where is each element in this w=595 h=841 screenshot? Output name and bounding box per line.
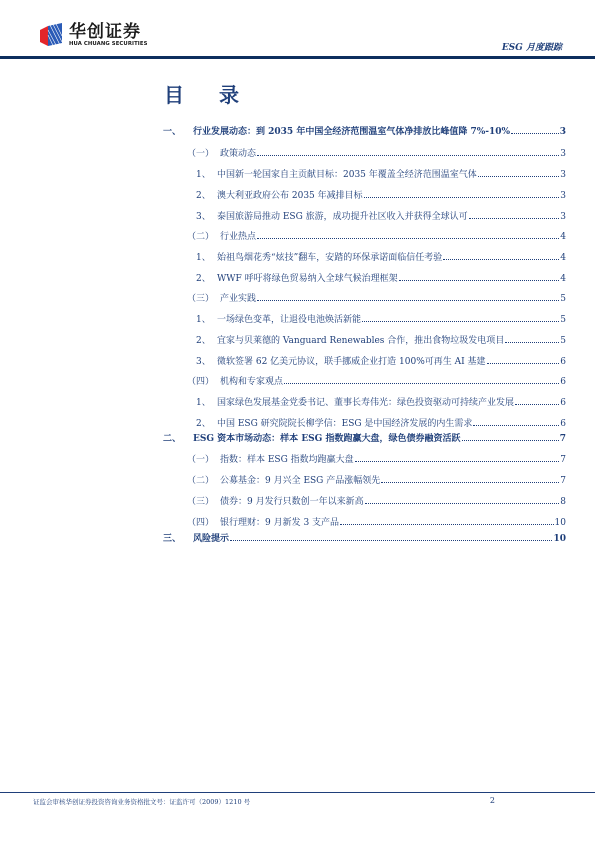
toc-entry-label[interactable]: 中国新一轮国家自主贡献目标：2035 年覆盖全经济范围温室气体	[217, 169, 477, 181]
toc-entry-page[interactable]: 7	[560, 475, 566, 487]
toc-entry[interactable]: 2、宜家与贝莱德的 Vanguard Renewables 合作，推出食物垃圾发…	[196, 334, 566, 347]
logo-cube-icon	[38, 22, 64, 48]
toc-entry-number: （三）	[187, 496, 220, 508]
toc-entry-label[interactable]: 澳大利亚政府公布 2035 年减排目标	[217, 190, 363, 202]
toc-entry-label[interactable]: 始祖鸟烟花秀“炫技”翻车，安踏的环保承诺面临信任考验	[217, 252, 442, 264]
toc-entry-number: 1、	[196, 314, 217, 326]
toc-entry[interactable]: 2、WWF 呼吁将绿色贸易纳入全球气候治理框架4	[196, 272, 566, 285]
toc-entry[interactable]: 1、国家绿色发展基金党委书记、董事长寿伟光：绿色投资驱动可持续产业发展6	[196, 396, 566, 409]
toc-entry-label[interactable]: 风险提示	[193, 533, 229, 545]
toc-entry[interactable]: 3、泰国旅游局推动 ESG 旅游，成功提升社区收入并获得全球认可3	[196, 210, 566, 223]
toc-entry-page[interactable]: 4	[560, 252, 566, 264]
logo-chinese-name: 华创证券	[69, 23, 148, 41]
toc-entry-page[interactable]: 5	[560, 293, 566, 305]
toc-leader-dots	[381, 474, 559, 483]
toc-entry-number: （四）	[187, 376, 220, 388]
toc-entry-number: 2、	[196, 273, 217, 285]
toc-entry-number: 3、	[196, 211, 217, 223]
toc-entry-number: （一）	[187, 148, 220, 160]
toc-entry-number: 一、	[163, 126, 193, 138]
footer-license-text: 证监会审核华创证券投资咨询业务资格批文号：证监许可（2009）1210 号	[33, 797, 250, 806]
toc-entry[interactable]: （二）公募基金：9 月兴全 ESG 产品涨幅领先7	[187, 474, 566, 487]
toc-entry-page[interactable]: 3	[560, 211, 566, 223]
toc-leader-dots	[257, 147, 559, 156]
toc-entry-label[interactable]: 中国 ESG 研究院院长柳学信：ESG 是中国经济发展的内生需求	[217, 418, 472, 430]
toc-entry-page[interactable]: 6	[560, 376, 566, 388]
toc-entry-page[interactable]: 5	[560, 335, 566, 347]
toc-entry[interactable]: 2、中国 ESG 研究院院长柳学信：ESG 是中国经济发展的内生需求6	[196, 417, 566, 430]
toc-title: 目 录	[164, 79, 253, 108]
toc-entry-number: 1、	[196, 397, 217, 409]
toc-entry-label[interactable]: 机构和专家观点	[220, 376, 283, 388]
toc-entry[interactable]: （四）机构和专家观点6	[187, 375, 566, 388]
toc-entry-page[interactable]: 10	[553, 533, 566, 545]
toc-entry[interactable]: 1、中国新一轮国家自主贡献目标：2035 年覆盖全经济范围温室气体3	[196, 168, 566, 181]
toc-entry[interactable]: 1、一场绿色变革，让退役电池焕活新能5	[196, 313, 566, 326]
toc-leader-dots	[355, 453, 560, 462]
toc-entry-number: 二、	[163, 433, 193, 445]
toc-leader-dots	[462, 432, 559, 441]
toc-entry-number: （四）	[187, 517, 220, 529]
toc-entry-page[interactable]: 8	[560, 496, 566, 508]
toc-entry-page[interactable]: 6	[560, 418, 566, 430]
toc-entry-page[interactable]: 6	[560, 397, 566, 409]
toc-entry-label[interactable]: 产业实践	[220, 293, 256, 305]
toc-entry-page[interactable]: 3	[560, 148, 566, 160]
toc-entry-page[interactable]: 3	[560, 169, 566, 181]
toc-entry-page[interactable]: 4	[560, 231, 566, 243]
toc-entry-number: 2、	[196, 335, 217, 347]
toc-entry-label[interactable]: 行业热点	[220, 231, 256, 243]
company-logo: 华创证券 HUA CHUANG SECURITIES	[38, 21, 148, 49]
toc-entry[interactable]: （三）债券：9 月发行只数创一年以来新高8	[187, 495, 566, 508]
toc-leader-dots	[362, 313, 559, 322]
toc-entry[interactable]: 二、ESG 资本市场动态：样本 ESG 指数跑赢大盘，绿色债券融资活跃7	[163, 432, 566, 445]
toc-entry-number: 3、	[196, 356, 217, 368]
toc-leader-dots	[443, 251, 559, 260]
toc-entry-number: 1、	[196, 252, 217, 264]
toc-leader-dots	[257, 292, 559, 301]
toc-leader-dots	[511, 125, 559, 134]
page-number: 2	[490, 796, 495, 805]
page-header: 华创证券 HUA CHUANG SECURITIES ESG 月度跟踪	[0, 0, 595, 60]
toc-entry-number: 1、	[196, 169, 217, 181]
toc-entry-label[interactable]: 微软签署 62 亿美元协议，联手挪威企业打造 100%可再生 AI 基建	[217, 356, 486, 368]
toc-entry-number: （二）	[187, 475, 220, 487]
toc-entry-label[interactable]: 银行理财：9 月新发 3 支产品	[220, 517, 339, 529]
toc-leader-dots	[487, 355, 560, 364]
toc-leader-dots	[505, 334, 559, 343]
report-series-title: ESG 月度跟踪	[502, 40, 562, 53]
toc-entry-label[interactable]: WWF 呼吁将绿色贸易纳入全球气候治理框架	[217, 273, 398, 285]
toc-entry-number: 2、	[196, 418, 217, 430]
toc-entry[interactable]: （二）行业热点4	[187, 230, 566, 243]
toc-entry-page[interactable]: 5	[560, 314, 566, 326]
toc-entry-label[interactable]: 宜家与贝莱德的 Vanguard Renewables 合作，推出食物垃圾发电项…	[217, 335, 504, 347]
toc-entry-label[interactable]: 政策动态	[220, 148, 256, 160]
toc-leader-dots	[230, 532, 552, 541]
toc-leader-dots	[284, 375, 559, 384]
toc-entry-page[interactable]: 7	[560, 454, 566, 466]
toc-leader-dots	[473, 417, 559, 426]
toc-entry[interactable]: 1、始祖鸟烟花秀“炫技”翻车，安踏的环保承诺面临信任考验4	[196, 251, 566, 264]
toc-entry[interactable]: 一、行业发展动态：到 2035 年中国全经济范围温室气体净排放比峰值降 7%-1…	[163, 125, 566, 138]
header-divider	[0, 56, 595, 59]
toc-entry[interactable]: 2、澳大利亚政府公布 2035 年减排目标3	[196, 189, 566, 202]
toc-leader-dots	[469, 210, 560, 219]
toc-entry[interactable]: 三、风险提示10	[163, 532, 566, 545]
toc-entry-page[interactable]: 3	[560, 190, 566, 202]
toc-entry-label[interactable]: 一场绿色变革，让退役电池焕活新能	[217, 314, 361, 326]
toc-leader-dots	[399, 272, 560, 281]
toc-entry[interactable]: （四）银行理财：9 月新发 3 支产品10	[187, 516, 566, 529]
logo-english-name: HUA CHUANG SECURITIES	[69, 41, 148, 48]
footer-divider	[0, 792, 595, 793]
toc-entry-page[interactable]: 10	[555, 517, 566, 529]
toc-entry-label[interactable]: 行业发展动态：到 2035 年中国全经济范围温室气体净排放比峰值降 7%-10%	[193, 126, 510, 138]
toc-entry[interactable]: （一）政策动态3	[187, 147, 566, 160]
toc-leader-dots	[364, 189, 560, 198]
toc-entry-page[interactable]: 7	[560, 433, 566, 445]
toc-entry-number: （一）	[187, 454, 220, 466]
toc-leader-dots	[365, 495, 560, 504]
toc-entry-label[interactable]: 债券：9 月发行只数创一年以来新高	[220, 496, 364, 508]
toc-leader-dots	[478, 168, 559, 177]
toc-entry-number: （三）	[187, 293, 220, 305]
toc-entry-page[interactable]: 6	[560, 356, 566, 368]
toc-leader-dots	[515, 396, 559, 405]
toc-leader-dots	[340, 516, 554, 525]
toc-leader-dots	[257, 230, 559, 239]
toc-entry-label[interactable]: 指数：样本 ESG 指数均跑赢大盘	[220, 454, 354, 466]
toc-entry-page[interactable]: 4	[560, 273, 566, 285]
toc-entry-label[interactable]: ESG 资本市场动态：样本 ESG 指数跑赢大盘，绿色债券融资活跃	[193, 433, 461, 445]
toc-entry-label[interactable]: 公募基金：9 月兴全 ESG 产品涨幅领先	[220, 475, 380, 487]
toc-entry-number: 三、	[163, 533, 193, 545]
toc-entry[interactable]: 3、微软签署 62 亿美元协议，联手挪威企业打造 100%可再生 AI 基建6	[196, 355, 566, 368]
toc-entry-label[interactable]: 国家绿色发展基金党委书记、董事长寿伟光：绿色投资驱动可持续产业发展	[217, 397, 514, 409]
toc-entry-page[interactable]: 3	[560, 126, 566, 138]
toc-entry-number: （二）	[187, 231, 220, 243]
toc-entry[interactable]: （三）产业实践5	[187, 292, 566, 305]
toc-entry-label[interactable]: 泰国旅游局推动 ESG 旅游，成功提升社区收入并获得全球认可	[217, 211, 468, 223]
toc-entry[interactable]: （一）指数：样本 ESG 指数均跑赢大盘7	[187, 453, 566, 466]
toc-entry-number: 2、	[196, 190, 217, 202]
